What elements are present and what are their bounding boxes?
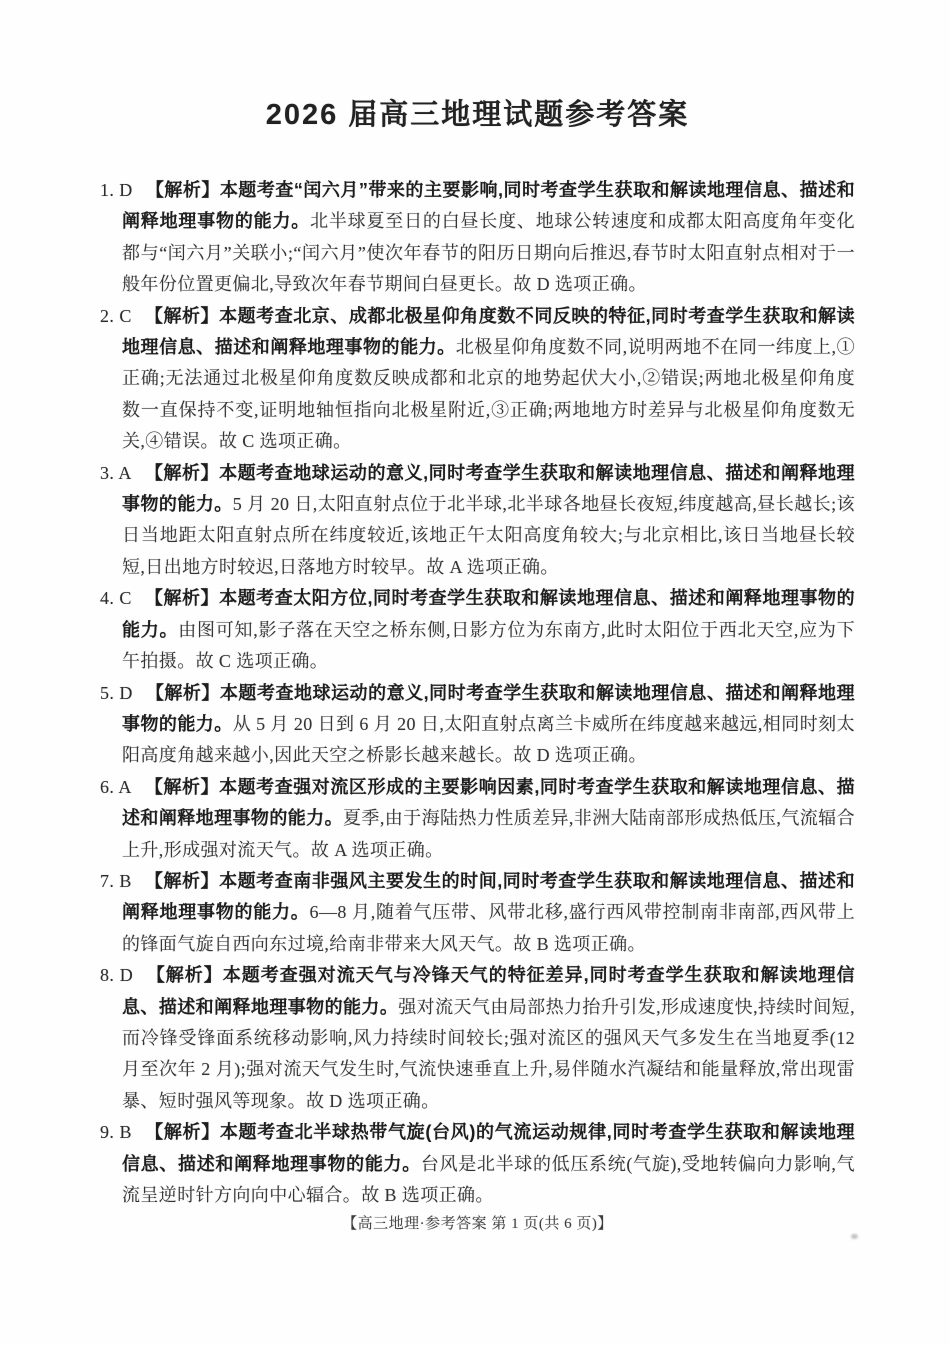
answer-item-9: 9. B【解析】本题考查北半球热带气旋(台风)的气流运动规律,同时考查学生获取和… xyxy=(100,1117,855,1211)
answer-detail: 从 5 月 20 日到 6 月 20 日,太阳直射点离兰卡威所在纬度越来越远,相… xyxy=(122,714,855,765)
answer-item-5: 5. D【解析】本题考查地球运动的意义,同时考查学生获取和解读地理信息、描述和阐… xyxy=(100,678,855,772)
page-title: 2026 届高三地理试题参考答案 xyxy=(100,92,855,133)
scan-artifact xyxy=(851,1234,858,1239)
answer-item-8: 8. D【解析】本题考查强对流天气与冷锋天气的特征差异,同时考查学生获取和解读地… xyxy=(100,960,855,1117)
answer-detail: 5 月 20 日,太阳直射点位于北半球,北半球各地昼长夜短,纬度越高,昼长越长;… xyxy=(122,494,855,577)
answer-number: 6. A xyxy=(100,777,132,797)
answer-item-1: 1. D【解析】本题考查“闰六月”带来的主要影响,同时考查学生获取和解读地理信息… xyxy=(100,175,855,301)
answer-list: 1. D【解析】本题考查“闰六月”带来的主要影响,同时考查学生获取和解读地理信息… xyxy=(100,175,855,1211)
answer-number: 8. D xyxy=(100,965,133,985)
answer-item-3: 3. A【解析】本题考查地球运动的意义,同时考查学生获取和解读地理信息、描述和阐… xyxy=(100,458,855,584)
page-footer: 【高三地理·参考答案 第 1 页(共 6 页)】 xyxy=(100,1212,855,1233)
answer-item-6: 6. A【解析】本题考查强对流区形成的主要影响因素,同时考查学生获取和解读地理信… xyxy=(100,772,855,866)
answer-number: 4. C xyxy=(100,588,132,608)
answer-number: 7. B xyxy=(100,871,132,891)
answer-item-2: 2. C【解析】本题考查北京、成都北极星仰角度数不同反映的特征,同时考查学生获取… xyxy=(100,301,855,458)
answer-item-4: 4. C【解析】本题考查太阳方位,同时考查学生获取和解读地理信息、描述和阐释地理… xyxy=(100,583,855,677)
answer-number: 1. D xyxy=(100,180,133,200)
answer-number: 2. C xyxy=(100,306,132,326)
answer-number: 5. D xyxy=(100,683,133,703)
scanned-answer-page: 2026 届高三地理试题参考答案 1. D【解析】本题考查“闰六月”带来的主要影… xyxy=(0,0,950,1345)
answer-number: 9. B xyxy=(100,1122,132,1142)
answer-detail: 由图可知,影子落在天空之桥东侧,日影方位为东南方,此时太阳位于西北天空,应为下午… xyxy=(122,620,855,671)
answer-number: 3. A xyxy=(100,463,132,483)
answer-item-7: 7. B【解析】本题考查南非强风主要发生的时间,同时考查学生获取和解读地理信息、… xyxy=(100,866,855,960)
